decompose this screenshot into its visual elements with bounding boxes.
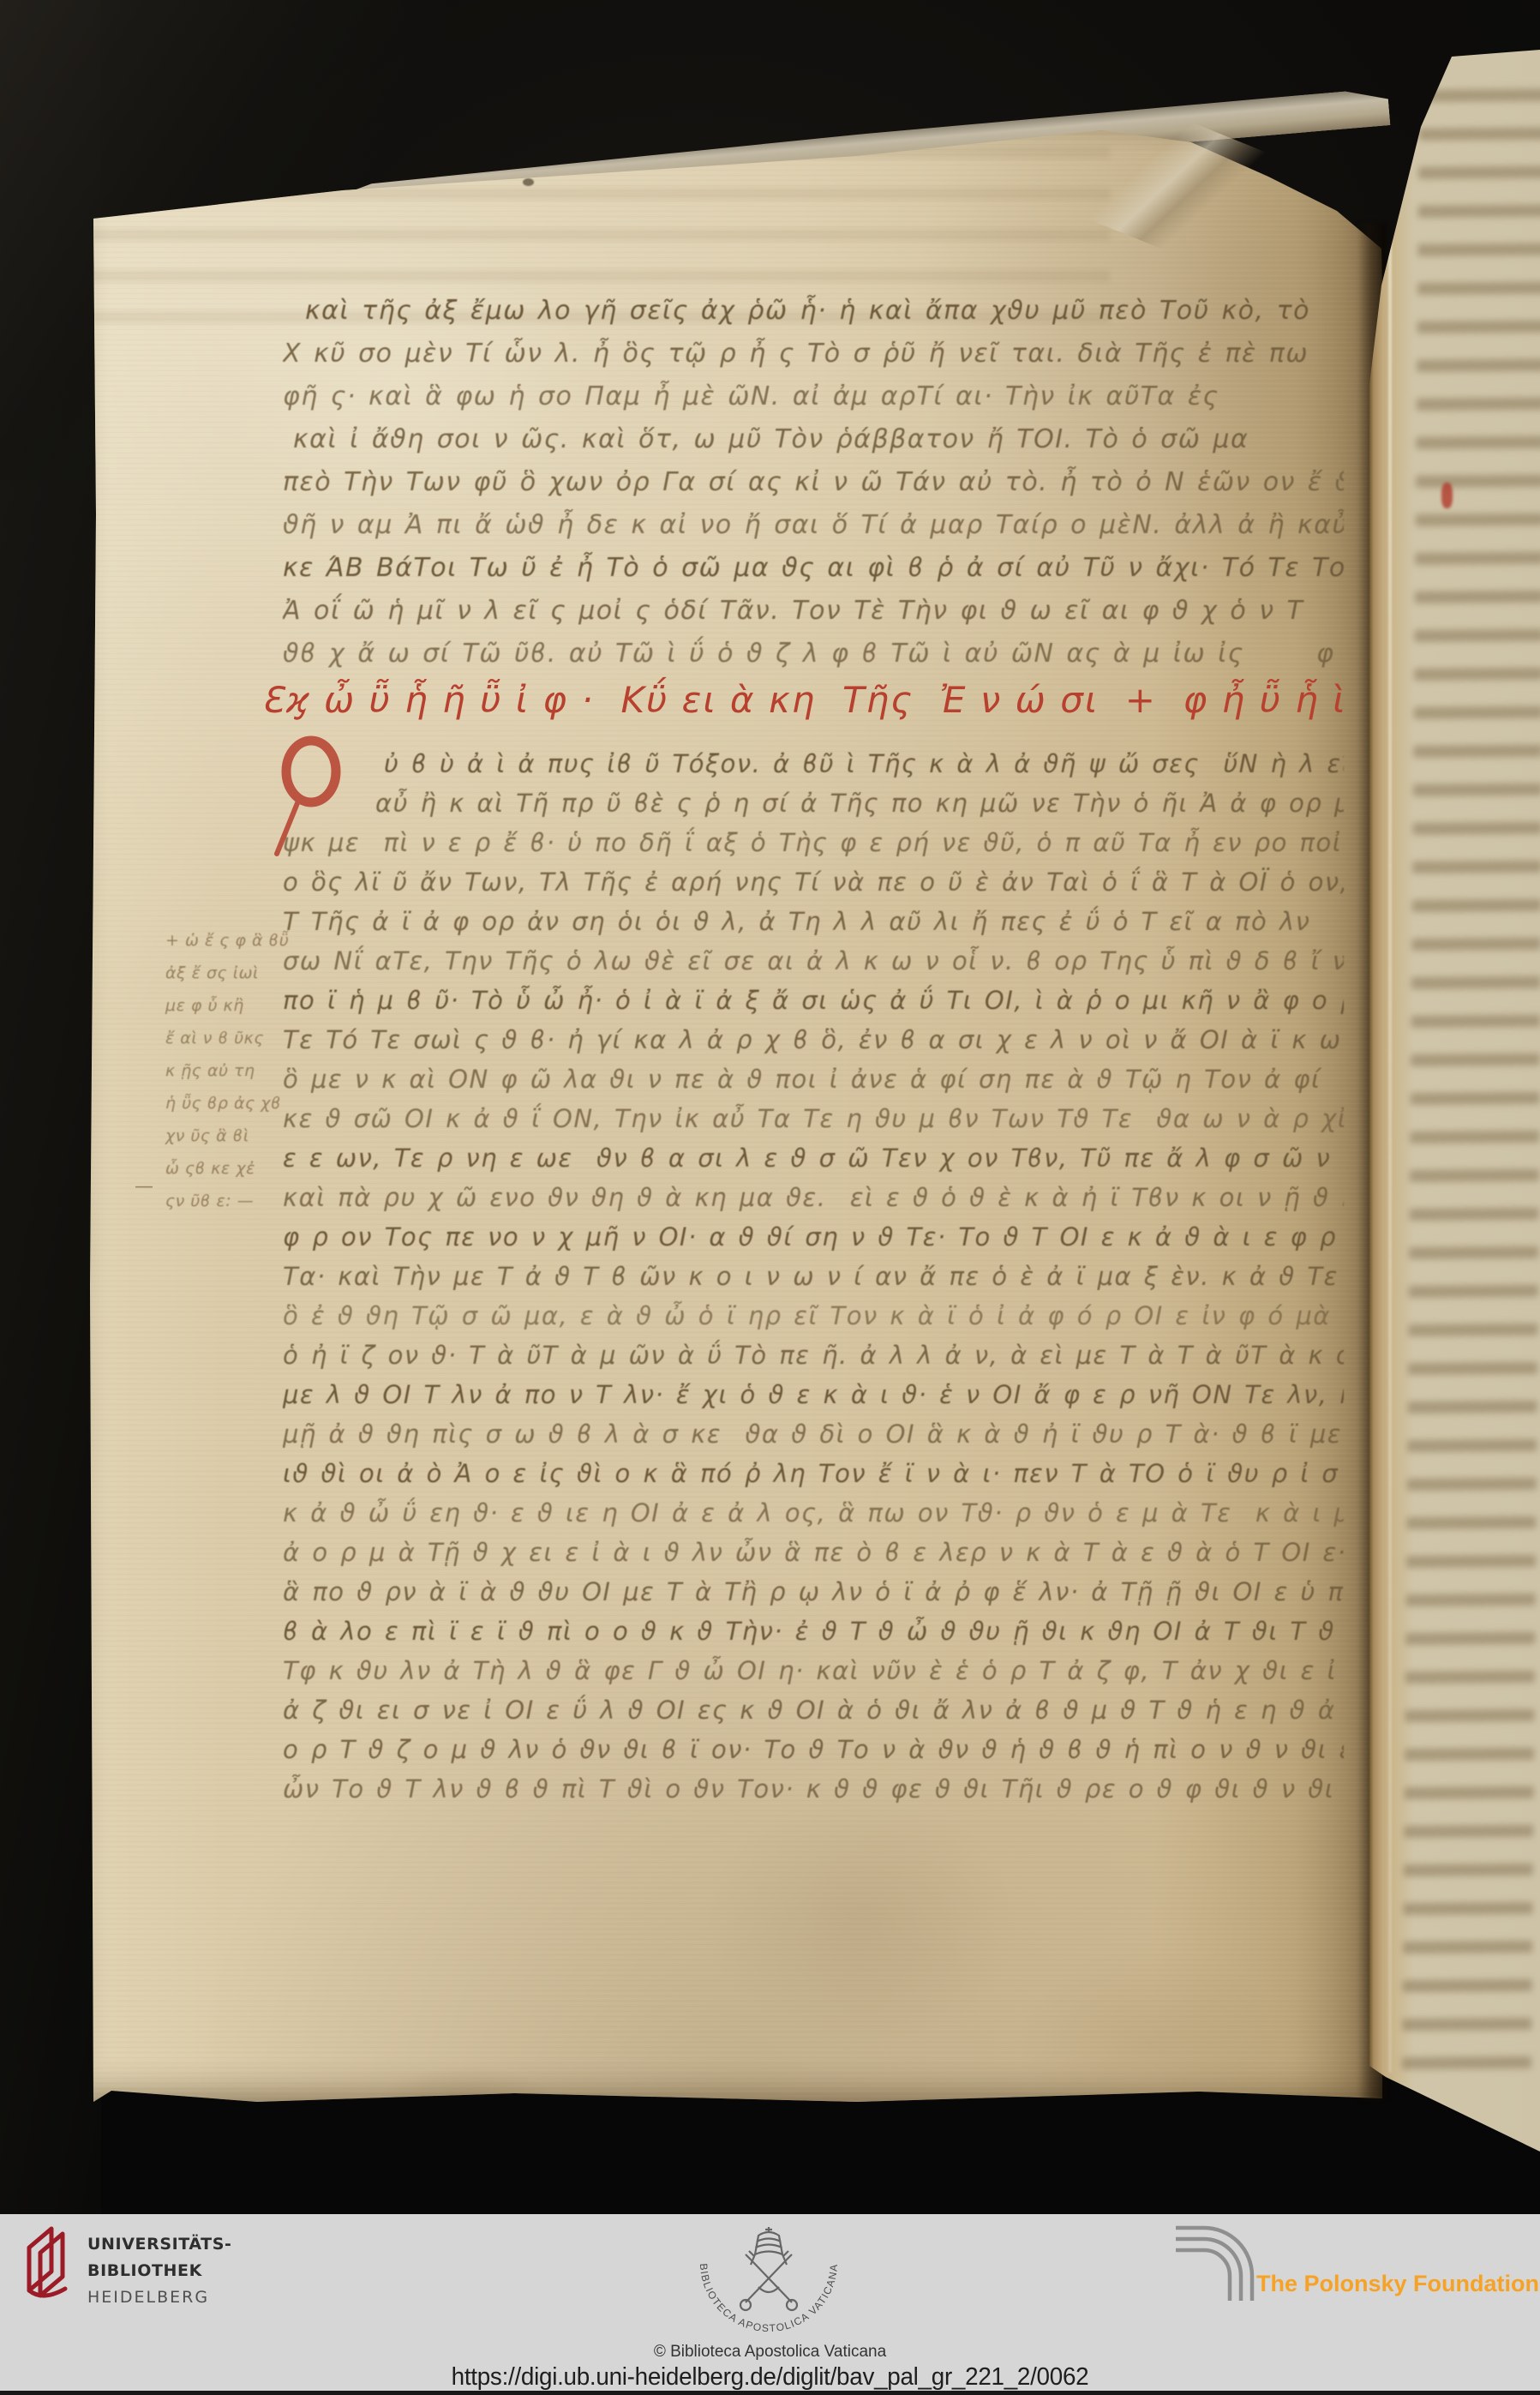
manuscript-text-line: Τα· καὶ Τὴν με Τ ἀ ϑ Τ ϐ ῶν κ ο ι ν ω ν … bbox=[283, 1257, 1344, 1296]
manuscript-text-line: ε ε ων, Τε ρ νη ε ωε ϑν ϐ α σι λ ε ϑ σ ῶ… bbox=[283, 1138, 1344, 1178]
manuscript-text-line: ο ρ Τ ϑ ζ ο μ ϑ λν ὁ ϑν ϑι ϐ ϊ ον· Το ϑ … bbox=[283, 1730, 1344, 1769]
manuscript-text-line: σω Νΐ αΤε, Την Τῆς ὁ λω ϑὲ εῖ σε αι ἀ λ … bbox=[283, 941, 1344, 981]
polonsky-foundation-label: The Polonsky Foundation bbox=[1256, 2271, 1539, 2297]
papal-tiara-icon bbox=[755, 2232, 782, 2254]
library-name-line1: UNIVERSITÄTS- bbox=[87, 2231, 232, 2258]
manuscript-text-line: ϑῆ ν αμ Ἀ πι ἄ ὡϑ ἦ δε κ αἰ νο ἤ σαι ὅ Τ… bbox=[283, 504, 1344, 547]
blurred-red-initial bbox=[1441, 483, 1453, 508]
manuscript-text-line: κ ἀ ϑ ὦ ΰ εη ϑ· ε ϑ ιε η ΟΙ ἀ ε ἀ λ ος, … bbox=[283, 1493, 1344, 1533]
crossed-key-icon bbox=[751, 2260, 792, 2302]
manuscript-text-line: καὶ πὰ ρυ χ ῶ ενο ϑν ϑη ϑ ὰ κη μα ϑε. εὶ… bbox=[283, 1178, 1344, 1217]
blurred-facing-text bbox=[1401, 66, 1540, 2081]
marginal-gloss-line: χν ῦς ἃ ϐὶ bbox=[165, 1119, 290, 1152]
manuscript-text-line: ἀ ο ρ μ ὰ Τῇ ϑ χ ει ε ἰ ὰ ι ϑ λν ὦν ἃ πε… bbox=[283, 1533, 1344, 1572]
manuscript-text-line: ψκ με πὶ ν ε ρ ἔ ϐ· ὑ πο δῆ ΐ αξ ὁ Τὴς φ… bbox=[283, 823, 1344, 862]
manuscript-text-line: πο ϊ ἡ μ ϐ ῦ· Τὸ ὗ ὦ ἦ· ὁ ἰ ὰ ϊ ἀ ξ ἄ σι… bbox=[283, 981, 1344, 1020]
manuscript-text-line: ὐ ϐ ὺ ἀ ὶ ἀ πυς ἰϐ ῦ Τόξον. ἀ ϐῦ ὶ Τῆς κ… bbox=[283, 744, 1344, 783]
manuscript-text-line: Χ κῦ σο μὲν Τί ὧν λ. ἦ ὃς τῷ ρ ἦ ς Τὸ σ … bbox=[283, 333, 1344, 375]
marginal-gloss-line: κ ῇς αὐ τη bbox=[165, 1054, 290, 1087]
manuscript-text-line: ὃ με ν κ αὶ ΟΝ φ ῶ λα ϑι ν πε ὰ ϑ ποι ἰ … bbox=[283, 1059, 1344, 1099]
manuscript-text-line: μῇ ἀ ϑ ϑη πὶς σ ω ϑ ϐ λ ὰ σ κε ϑα ϑ δὶ ο… bbox=[283, 1414, 1344, 1454]
library-name-line3: HEIDELBERG bbox=[87, 2284, 232, 2311]
manuscript-text-line: με λ ϑ ΟΙ Τ λν ἀ πο ν Τ λν· ἔ χι ὁ ϑ ε κ… bbox=[283, 1375, 1344, 1414]
parchment-stain bbox=[373, 2066, 561, 2152]
seal-ring-text-holder: BIBLIOTECA APOSTOLICA VATICANA bbox=[698, 2263, 840, 2334]
marginal-gloss-line: ςν ῦϐ ε: — bbox=[165, 1185, 290, 1217]
library-name-line2: BIBLIOTHEK bbox=[87, 2258, 232, 2284]
marginal-gloss-line: ὦ ςϐ κε χἐ bbox=[165, 1152, 290, 1185]
manuscript-text-line: ὁ ἠ ϊ ζ ον ϑ· Τ ὰ ῦΤ ὰ μ ῶν ὰ ΰ Τὸ πε ῆ.… bbox=[283, 1336, 1344, 1375]
manuscript-text-line: ἃ πο ϑ ρν ὰ ϊ ὰ ϑ ϑυ ΟΙ με Τ ὰ Τἢ ρ ῳ λν… bbox=[283, 1572, 1344, 1612]
manuscript-text-line: καὶ ἰ ἄϑη σοι ν ῶς. καὶ ὅτ, ω μῦ Τὸν ῥάβ… bbox=[283, 418, 1344, 461]
polonsky-foundation-logo-icon bbox=[1176, 2222, 1260, 2301]
manuscript-text-line: αὖ ἢ κ αὶ Τῆ πρ ῦ ϐὲ ς ῥ η σί ἀ Τῆς πο κ… bbox=[283, 783, 1344, 823]
heidelberg-library-wordmark: UNIVERSITÄTS- BIBLIOTHEK HEIDELBERG bbox=[87, 2231, 232, 2311]
manuscript-text-line: ὦν Το ϑ Τ λν ϑ ϐ ϑ πὶ Τ ϑὶ ο ϑν Τον· κ ϑ… bbox=[283, 1769, 1344, 1809]
manuscript-text-line: ιϑ ϑὶ οι ἀ ὸ Ἀ ο ε ἰς ϑὶ ο κ ἃ πό ῤ λη Τ… bbox=[283, 1454, 1344, 1493]
manuscript-text-line: Τφ κ ϑυ λν ἀ Τὴ λ ϑ ἃ φε Γ ϑ ὦ ΟΙ η· καὶ… bbox=[283, 1651, 1344, 1690]
marginal-gloss: + ὡ ἔ ς φ ἃ ϐῧ ἀξ ἔ σς ἰωὶ με φ ὗ κἢ ἔ α… bbox=[165, 924, 290, 1217]
image-bottom-border bbox=[0, 2391, 1540, 2395]
marginal-gloss-line: + ὡ ἔ ς φ ἃ ϐῧ bbox=[165, 924, 290, 957]
marginal-gloss-line: με φ ὗ κἢ bbox=[165, 989, 290, 1022]
seal-ring-text: BIBLIOTECA APOSTOLICA VATICANA bbox=[698, 2263, 840, 2334]
manuscript-text-line: Τε Τό Τε σωὶ ς ϑ ϐ· ἠ γί κα λ ἀ ρ χ ϐ ὃ,… bbox=[283, 1020, 1344, 1059]
manuscript-text-line: πεὸ Τὴν Των φῦ ὃ χων ὀρ Γα σί ας κἰ ν ῶ … bbox=[283, 461, 1344, 504]
footer-bar: UNIVERSITÄTS- BIBLIOTHEK HEIDELBERG BIBL… bbox=[0, 2214, 1540, 2395]
manuscript-text-line: Τ Τῆς ἀ ϊ ἀ φ ορ ἀν ση ὁι ὁι ϑ λ, ἀ Τη λ… bbox=[283, 902, 1344, 941]
crossed-key-icon bbox=[746, 2260, 787, 2302]
facing-page-fore-edge bbox=[1369, 15, 1540, 2158]
upper-text-block: καὶ τῆς ἀξ ἔμω λο γῆ σεῖς ἀχ ῥῶ ἧ· ἡ καὶ… bbox=[283, 290, 1344, 675]
parchment-stain bbox=[1016, 1946, 1290, 2143]
parchment-page: καὶ τῆς ἀξ ἔμω λο γῆ σεῖς ἀχ ῥῶ ἧ· ἡ καὶ… bbox=[90, 120, 1386, 2102]
manuscript-text-line: ο ὃς λϊ ῦ ἄν Των, Τλ Τῆς ἐ αρή νης Τί νὰ… bbox=[283, 862, 1344, 902]
manuscript-text-line: κε ϑ σῶ ΟΙ κ ἀ ϑ ΐ ΟΝ, Την ἰκ αὖ Τα Τε η… bbox=[283, 1099, 1344, 1138]
source-url: https://digi.ub.uni-heidelberg.de/diglit… bbox=[31, 2362, 1509, 2392]
copyright-notice: © Biblioteca Apostolica Vaticana bbox=[0, 2343, 1540, 2362]
manuscript-text-line: ϑϐ χ ἄ ω σί Τῶ ῦϐ. αὐ Τῶ ὶ ΰ ὁ ϑ ζ λ φ ϐ… bbox=[283, 633, 1344, 675]
manuscript-photograph: καὶ τῆς ἀξ ἔμω λο γῆ σεῖς ἀχ ῥῶ ἧ· ἡ καὶ… bbox=[0, 0, 1540, 2214]
manuscript-text-line: φῆ ς· καὶ ἃ φω ἡ σο Παμ ἦ μὲ ῶΝ. αἰ ἀμ α… bbox=[283, 375, 1344, 418]
manuscript-text-line: κε ΆΒ ΒάΤοι Τω ῦ ἐ ἦ Τὸ ὁ σῶ μα ϑς αι φὶ… bbox=[283, 547, 1344, 590]
heidelberg-library-logo-icon bbox=[22, 2218, 77, 2306]
marginal-gloss-line: ἡ ῧς ϐρ ἀς χϐ bbox=[165, 1087, 290, 1119]
marginal-gloss-line: ἀξ ἔ σς ἰωὶ bbox=[165, 957, 290, 989]
vatican-library-seal: BIBLIOTECA APOSTOLICA VATICANA bbox=[679, 2220, 860, 2342]
marginal-gloss-line: ἔ αὶ ν ϐ ῦκς bbox=[165, 1022, 290, 1054]
red-rubric-heading: Ɛϗ ὦ ῧ ἧ ῆ ῧ ἰ φ · Κΰ ει ὰ κη Τῆς Ἐ ν ώ … bbox=[261, 674, 1375, 727]
marginal-dash-mark: — bbox=[135, 1176, 153, 1197]
manuscript-text-line: Ἀ οΐ ῶ ἡ μῖ ν λ εῖ ς μοἰ ς ὁδί Τᾶν. Τον … bbox=[283, 590, 1344, 633]
manuscript-text-line: ὃ ἐ ϑ ϑη Τῷ σ ῶ μα, ε ὰ ϑ ὦ ὁ ϊ ηρ εῖ Το… bbox=[283, 1296, 1344, 1336]
lower-text-block: ὐ ϐ ὺ ἀ ὶ ἀ πυς ἰϐ ῦ Τόξον. ἀ ϐῦ ὶ Τῆς κ… bbox=[283, 744, 1344, 1809]
manuscript-text-line: φ ρ ον Τος πε νο ν χ μῆ ν ΟΙ· α ϑ ϑί ση … bbox=[283, 1217, 1344, 1257]
manuscript-text-line: καὶ τῆς ἀξ ἔμω λο γῆ σεῖς ἀχ ῥῶ ἧ· ἡ καὶ… bbox=[283, 290, 1344, 333]
manuscript-text-line: ἀ ζ ϑι ει σ νε ἰ ΟΙ ε ΰ λ ϑ ΟΙ ες κ ϑ ΟΙ… bbox=[283, 1690, 1344, 1730]
manuscript-text-line: ϐ ὰ λο ε πὶ ϊ ε ϊ ϑ πὶ ο ο ϑ κ ϑ Τὴν· ἐ … bbox=[283, 1612, 1344, 1651]
